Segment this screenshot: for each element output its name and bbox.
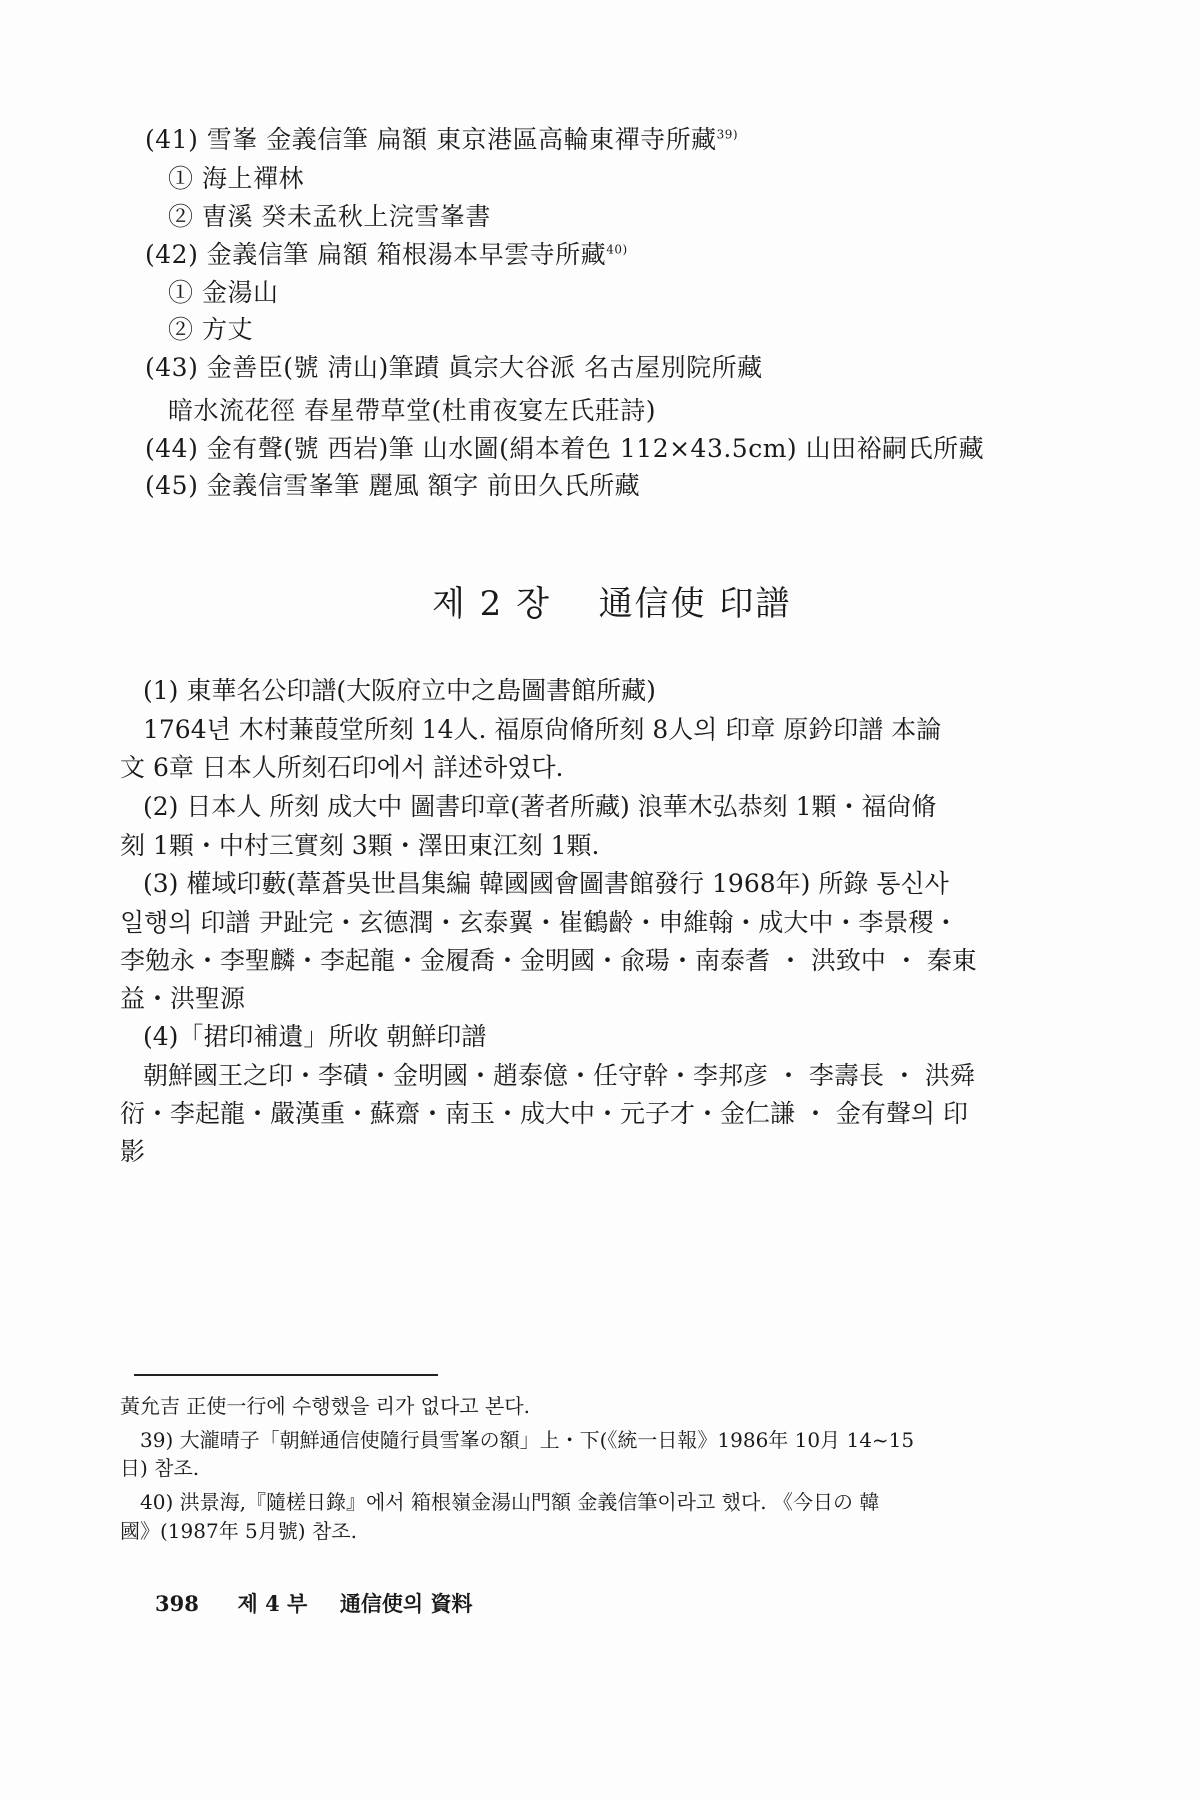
entry-text: 金義信筆 扁額 箱根湯本早雲寺所藏 (207, 240, 606, 269)
body-line: 李勉永・李聖麟・李起龍・金履喬・金明國・兪瑒・南泰耆 ・ 洪致中 ・ 秦東 (120, 945, 977, 977)
entry-text: 雪峯 金義信筆 扁額 東京港區高輪東禪寺所藏 (207, 125, 717, 154)
sub-number: ② (168, 315, 194, 344)
sub-number: ② (168, 202, 194, 231)
footnote-39-cont: 日) 참조. (120, 1454, 199, 1482)
sub-text: 曺溪 癸未孟秋上浣雪峯書 (202, 202, 491, 231)
entry-42: (42) 金義信筆 扁額 箱根湯本早雲寺所藏40) (145, 239, 628, 271)
running-footer: 398 제 4 부 通信使의 資料 (155, 1588, 473, 1618)
sub-text: 海上禪林 (202, 164, 304, 193)
entry-43: (43) 金善臣(號 淸山)筆蹟 眞宗大谷派 名古屋別院所藏 (145, 352, 763, 384)
entry-42-sub-1: ① 金湯山 (168, 277, 278, 309)
section-4-heading: (4)「捃印補遺」所收 朝鮮印譜 (143, 1021, 486, 1053)
entry-number: (45) (145, 471, 198, 500)
entry-number: (42) (145, 240, 198, 269)
page-number: 398 (155, 1591, 199, 1616)
body-line: 影 (120, 1136, 145, 1168)
chapter-heading: 제 2 장 通信使 印譜 (432, 576, 791, 625)
entry-text: 金義信雪峯筆 麗風 額字 前田久氏所藏 (207, 471, 640, 500)
sub-number: ① (168, 164, 194, 193)
entry-42-sub-2: ② 方丈 (168, 314, 253, 346)
body-line: 益・洪聖源 (120, 983, 245, 1015)
body-line: 朝鮮國王之印・李磧・金明國・趙泰億・任守幹・李邦彦 ・ 李壽長 ・ 洪舜 (143, 1060, 975, 1092)
entry-41-sub-1: ① 海上禪林 (168, 163, 304, 195)
entry-text: 金善臣(號 淸山)筆蹟 眞宗大谷派 名古屋別院所藏 (207, 353, 763, 382)
body-line: 文 6章 日本人所刻石印에서 詳述하였다. (120, 752, 563, 784)
part-title: 通信使의 資料 (340, 1591, 473, 1616)
entry-41-sub-2: ② 曺溪 癸未孟秋上浣雪峯書 (168, 201, 491, 233)
footnote-ref: 39) (717, 128, 738, 142)
footnote-40: 40) 洪景海,『隨槎日錄』에서 箱根嶺金湯山門額 金義信筆이라고 했다. 《今… (140, 1488, 879, 1516)
section-3-heading: (3) 權域印藪(葦蒼吳世昌集編 韓國國會圖書館發行 1968年) 所錄 통신사 (143, 868, 949, 900)
entry-43-poem: 暗水流花徑 春星帶草堂(杜甫夜宴左氏莊詩) (168, 395, 656, 427)
poem-text: 暗水流花徑 春星帶草堂(杜甫夜宴左氏莊詩) (168, 396, 656, 425)
entry-number: (43) (145, 353, 198, 382)
body-line: 刻 1顆・中村三實刻 3顆・澤田東江刻 1顆. (120, 830, 600, 862)
entry-number: (41) (145, 125, 198, 154)
sub-text: 金湯山 (202, 278, 279, 307)
body-line: 일행의 印譜 尹趾完・玄德潤・玄泰翼・崔鶴齡・申維翰・成大中・李景稷・ (120, 907, 958, 939)
entry-45: (45) 金義信雪峯筆 麗風 額字 前田久氏所藏 (145, 470, 640, 502)
sub-number: ① (168, 278, 194, 307)
entry-44: (44) 金有聲(號 西岩)筆 山水圖(絹本着色 112×43.5cm) 山田裕… (145, 433, 984, 465)
body-line: 衍・李起龍・嚴漢重・蘇齋・南玉・成大中・元子才・金仁謙 ・ 金有聲의 印 (120, 1098, 968, 1130)
footnote-39: 39) 大瀧晴子「朝鮮通信使隨行員雪峯の額」上・下(《統一日報》1986年 10… (140, 1426, 914, 1454)
chapter-label: 제 2 장 (432, 584, 551, 624)
footnote-continuation: 黃允吉 正使一行에 수행했을 리가 없다고 본다. (120, 1392, 530, 1420)
footnote-divider (134, 1374, 438, 1376)
part-label: 제 4 부 (237, 1591, 307, 1616)
section-1-heading: (1) 東華名公印譜(大阪府立中之島圖書館所藏) (143, 675, 656, 707)
footnote-ref: 40) (606, 243, 627, 257)
chapter-title: 通信使 印譜 (599, 584, 792, 624)
entry-number: (44) (145, 434, 198, 463)
entry-41: (41) 雪峯 金義信筆 扁額 東京港區高輪東禪寺所藏39) (145, 124, 738, 156)
body-line: 1764년 木村蒹葭堂所刻 14人. 福原尙脩所刻 8人의 印章 原鈐印譜 本論 (143, 714, 941, 746)
entry-text: 金有聲(號 西岩)筆 山水圖(絹本着色 112×43.5cm) 山田裕嗣氏所藏 (207, 434, 984, 463)
section-2-heading: (2) 日本人 所刻 成大中 圖書印章(著者所藏) 浪華木弘恭刻 1顆・福尙脩 (143, 791, 937, 823)
sub-text: 方丈 (202, 315, 253, 344)
footnote-40-cont: 國》(1987年 5月號) 참조. (120, 1517, 357, 1545)
